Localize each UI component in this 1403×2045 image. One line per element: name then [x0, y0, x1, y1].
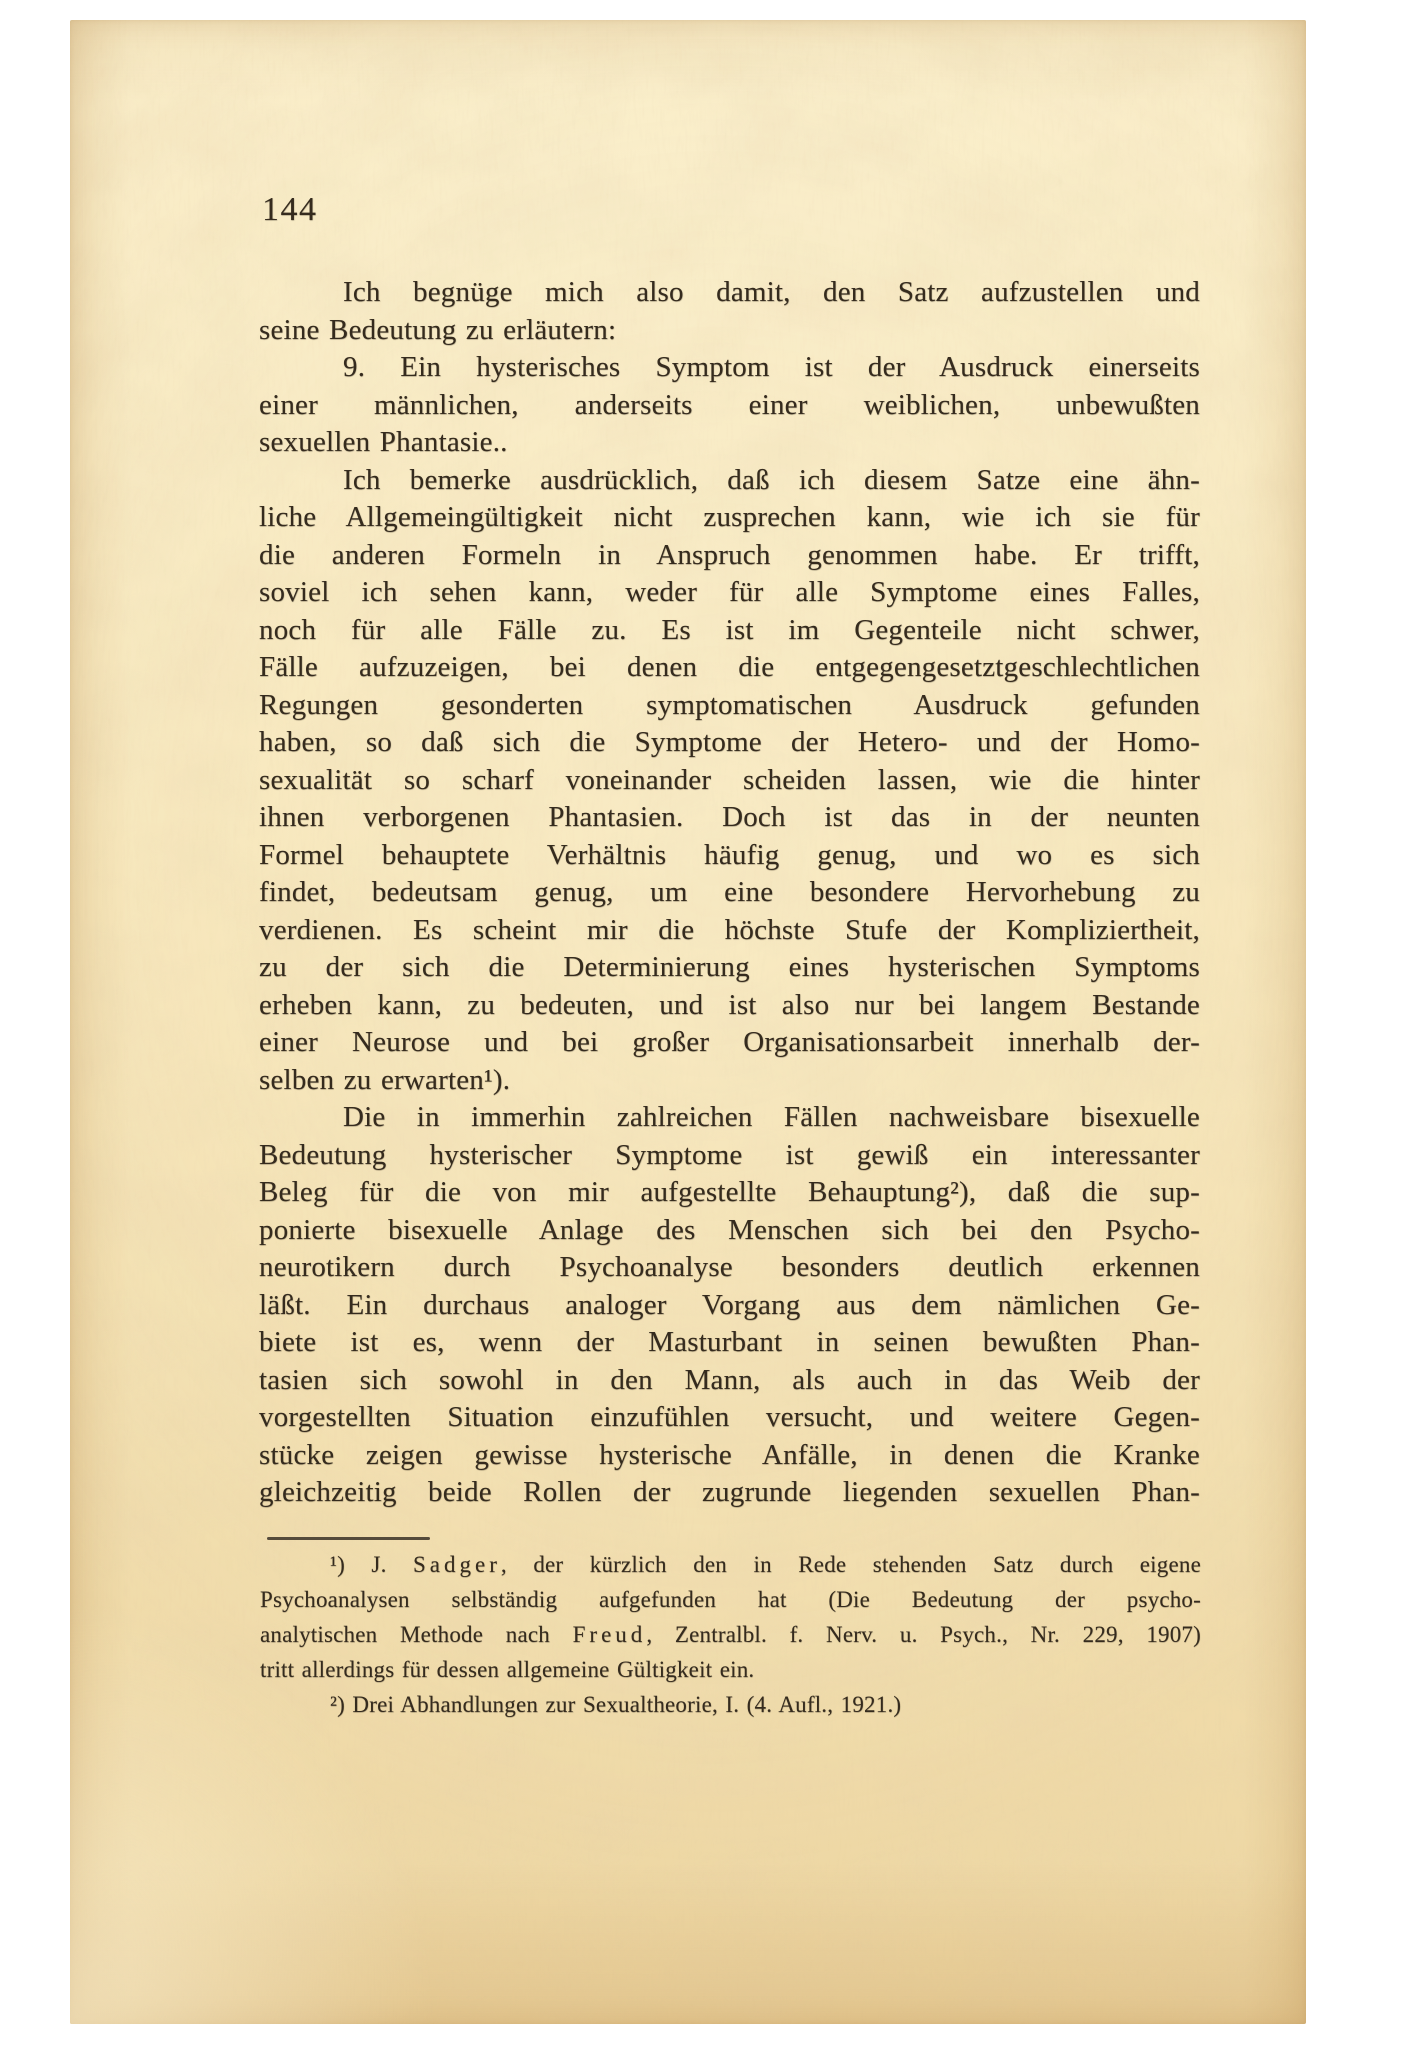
body-line: einer männlichen, anderseits einer weibl… [259, 387, 1200, 425]
body-line: die anderen Formeln in Anspruch genommen… [259, 537, 1200, 575]
footnotes: ¹) J. Sadger, der kürzlich den in Rede s… [260, 1547, 1201, 1722]
body-text: Ich begnüge mich also damit, den Satz au… [259, 274, 1200, 1512]
body-line: Bedeutung hysterischer Symptome ist gewi… [259, 1137, 1200, 1175]
footnote-line: ¹) J. Sadger, der kürzlich den in Rede s… [260, 1547, 1201, 1582]
body-line: soviel ich sehen kann, weder für alle Sy… [259, 574, 1200, 612]
scan-background: 144 Ich begnüge mich also damit, den Sat… [0, 0, 1403, 2045]
page-number: 144 [262, 192, 318, 228]
body-line: Formel behauptete Verhältnis häufig genu… [259, 837, 1200, 875]
body-line: tasien sich sowohl in den Mann, als auch… [259, 1362, 1200, 1400]
footnote-text: Psychoanalysen selbständig aufgefunden h… [260, 1587, 1201, 1612]
letterspaced-name: Freud [573, 1622, 647, 1647]
body-line: noch für alle Fälle zu. Es ist im Gegent… [259, 612, 1200, 650]
book-page: 144 Ich begnüge mich also damit, den Sat… [70, 20, 1306, 2024]
body-line: zu der sich die Determinierung eines hys… [259, 949, 1200, 987]
printed-content: 144 Ich begnüge mich also damit, den Sat… [70, 20, 1306, 2024]
footnote-text: tritt allerdings für dessen allgemeine G… [260, 1657, 754, 1682]
body-line: stücke zeigen gewisse hysterische Anfäll… [259, 1437, 1200, 1475]
body-line: vorgestellten Situation einzufühlen vers… [259, 1399, 1200, 1437]
body-line: selben zu erwarten¹). [259, 1062, 1200, 1100]
body-line: gleichzeitig beide Rollen der zugrunde l… [259, 1474, 1200, 1512]
footnote-line: ²) Drei Abhandlungen zur Sexualtheorie, … [260, 1687, 1201, 1722]
footnote-line: Psychoanalysen selbständig aufgefunden h… [260, 1582, 1201, 1617]
body-line: Ich begnüge mich also damit, den Satz au… [259, 274, 1200, 312]
body-line: Regungen gesonderten symptomatischen Aus… [259, 687, 1200, 725]
footnote-rule [267, 1537, 430, 1540]
body-line: Fälle aufzuzeigen, bei denen die entgege… [259, 649, 1200, 687]
footnote-text: , Zentralbl. f. Nerv. u. Psych., Nr. 229… [646, 1622, 1201, 1647]
body-line: biete ist es, wenn der Masturbant in sei… [259, 1324, 1200, 1362]
footnote-text: , der kürzlich den in Rede stehenden Sat… [501, 1552, 1201, 1577]
letterspaced-name: Sadger [413, 1552, 501, 1577]
footnote-text: analytischen Methode nach [260, 1622, 573, 1647]
body-line: haben, so daß sich die Symptome der Hete… [259, 724, 1200, 762]
body-line: einer Neurose und bei großer Organisatio… [259, 1024, 1200, 1062]
body-line: verdienen. Es scheint mir die höchste St… [259, 912, 1200, 950]
footnote-line: analytischen Methode nach Freud, Zentral… [260, 1617, 1201, 1652]
body-line: 9. Ein hysterisches Symptom ist der Ausd… [259, 349, 1200, 387]
body-line: neurotikern durch Psychoanalyse besonder… [259, 1249, 1200, 1287]
body-line: Die in immerhin zahlreichen Fällen nachw… [259, 1099, 1200, 1137]
footnote-text: ¹) J. [330, 1552, 413, 1577]
body-line: sexualität so scharf voneinander scheide… [259, 762, 1200, 800]
footnote-line: tritt allerdings für dessen allgemeine G… [260, 1652, 1201, 1687]
body-line: ponierte bisexuelle Anlage des Menschen … [259, 1212, 1200, 1250]
body-line: Beleg für die von mir aufgestellte Behau… [259, 1174, 1200, 1212]
body-line: ihnen verborgenen Phantasien. Doch ist d… [259, 799, 1200, 837]
body-line: Ich bemerke ausdrücklich, daß ich diesem… [259, 462, 1200, 500]
body-line: findet, bedeutsam genug, um eine besonde… [259, 874, 1200, 912]
footnote-text: ²) Drei Abhandlungen zur Sexualtheorie, … [330, 1692, 901, 1717]
body-line: liche Allgemeingültigkeit nicht zusprech… [259, 499, 1200, 537]
body-line: erheben kann, zu bedeuten, und ist also … [259, 987, 1200, 1025]
body-line: sexuellen Phantasie.. [259, 424, 1200, 462]
body-line: läßt. Ein durchaus analoger Vorgang aus … [259, 1287, 1200, 1325]
body-line: seine Bedeutung zu erläutern: [259, 312, 1200, 350]
